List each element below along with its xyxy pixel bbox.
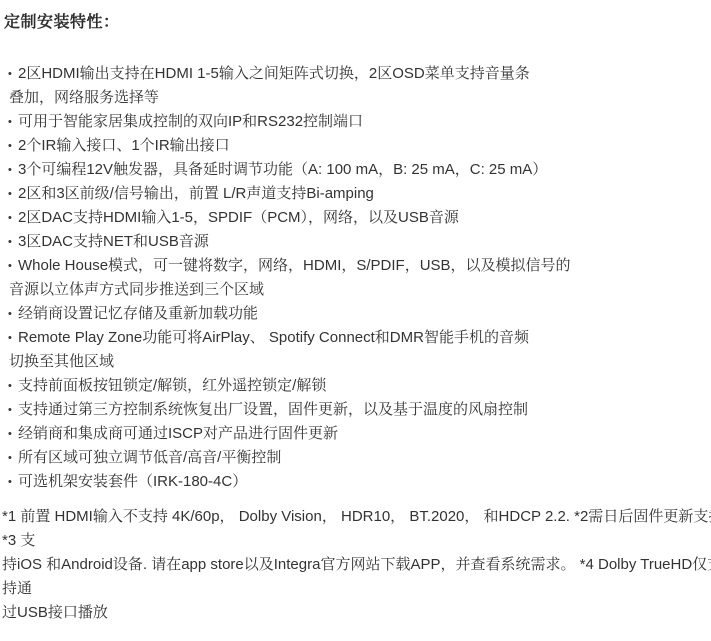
feature-list: •2区HDMI输出支持在HDMI 1-5输入之间矩阵式切换，2区OSD菜单支持音…: [0, 62, 711, 494]
footnote-text: *1 前置 HDMI输入不支持 4K/60p， Dolby Vision， HD…: [2, 508, 711, 525]
feature-line: •Remote Play Zone功能可将AirPlay、 Spotify Co…: [0, 326, 711, 350]
feature-line: •支持前面板按钮锁定/解锁，红外遥控锁定/解锁: [0, 374, 711, 398]
feature-text: 音源以立体声方式同步推送到三个区域: [9, 281, 264, 298]
bullet-icon: •: [8, 206, 18, 230]
feature-line: •可用于智能家居集成控制的双向IP和RS232控制端口: [0, 110, 711, 134]
feature-line: •可选机架安装套件（IRK-180-4C）: [0, 470, 711, 494]
feature-text: Remote Play Zone功能可将AirPlay、 Spotify Con…: [18, 329, 529, 346]
feature-line: •2区HDMI输出支持在HDMI 1-5输入之间矩阵式切换，2区OSD菜单支持音…: [0, 62, 711, 86]
footnotes: *1 前置 HDMI输入不支持 4K/60p， Dolby Vision， HD…: [0, 505, 711, 625]
feature-text: 2区HDMI输出支持在HDMI 1-5输入之间矩阵式切换，2区OSD菜单支持音量…: [18, 65, 530, 82]
bullet-icon: •: [8, 398, 18, 422]
bullet-icon: •: [8, 254, 18, 278]
footnote-line: *3 支: [0, 529, 711, 553]
feature-text: 经销商设置记忆存储及重新加载功能: [18, 305, 258, 322]
bullet-icon: •: [8, 374, 18, 398]
footnote-text: 持通: [2, 580, 32, 597]
feature-text: 可选机架安装套件（IRK-180-4C）: [18, 473, 247, 490]
bullet-icon: •: [8, 470, 18, 494]
feature-line-continuation: 叠加，网络服务选择等: [0, 86, 711, 110]
feature-text: 3个可编程12V触发器，具备延时调节功能（A: 100 mA，B: 25 mA，…: [18, 161, 547, 178]
feature-text: 2区DAC支持HDMI输入1-5，SPDIF（PCM），网络，以及USB音源: [18, 209, 459, 226]
feature-text: 所有区域可独立调节低音/高音/平衡控制: [18, 449, 281, 466]
bullet-icon: •: [8, 302, 18, 326]
feature-text: 2个IR输入接口、1个IR输出接口: [18, 137, 230, 154]
feature-text: 可用于智能家居集成控制的双向IP和RS232控制端口: [18, 113, 363, 130]
feature-text: 叠加，网络服务选择等: [9, 89, 159, 106]
feature-line-continuation: 切换至其他区域: [0, 350, 711, 374]
bullet-icon: •: [8, 230, 18, 254]
bullet-icon: •: [8, 182, 18, 206]
footnote-text: *3 支: [2, 532, 35, 549]
feature-text: 经销商和集成商可通过ISCP对产品进行固件更新: [18, 425, 338, 442]
footnote-text: 过USB接口播放: [2, 604, 108, 621]
footnote-line: 持iOS 和Android设备. 请在app store以及Integra官方网…: [0, 553, 711, 577]
feature-line: •Whole House模式，可一键将数字，网络，HDMI，S/PDIF，USB…: [0, 254, 711, 278]
feature-line: •2个IR输入接口、1个IR输出接口: [0, 134, 711, 158]
footnote-line: *1 前置 HDMI输入不支持 4K/60p， Dolby Vision， HD…: [0, 505, 711, 529]
feature-line: •3区DAC支持NET和USB音源: [0, 230, 711, 254]
spec-page: 定制安装特性： •2区HDMI输出支持在HDMI 1-5输入之间矩阵式切换，2区…: [0, 0, 711, 641]
feature-line: •支持通过第三方控制系统恢复出厂设置，固件更新，以及基于温度的风扇控制: [0, 398, 711, 422]
feature-text: 切换至其他区域: [9, 353, 114, 370]
feature-line: •2区和3区前级/信号输出，前置 L/R声道支持Bi-amping: [0, 182, 711, 206]
bullet-icon: •: [8, 134, 18, 158]
bullet-icon: •: [8, 62, 18, 86]
feature-line: •2区DAC支持HDMI输入1-5，SPDIF（PCM），网络，以及USB音源: [0, 206, 711, 230]
feature-text: Whole House模式，可一键将数字，网络，HDMI，S/PDIF，USB，…: [18, 257, 571, 274]
feature-text: 3区DAC支持NET和USB音源: [18, 233, 209, 250]
footnote-text: 持iOS 和Android设备. 请在app store以及Integra官方网…: [2, 556, 711, 573]
feature-line: •经销商设置记忆存储及重新加载功能: [0, 302, 711, 326]
feature-text: 支持前面板按钮锁定/解锁，红外遥控锁定/解锁: [18, 377, 326, 394]
bullet-icon: •: [8, 446, 18, 470]
bullet-icon: •: [8, 326, 18, 350]
feature-line: •经销商和集成商可通过ISCP对产品进行固件更新: [0, 422, 711, 446]
feature-line: •所有区域可独立调节低音/高音/平衡控制: [0, 446, 711, 470]
bullet-icon: •: [8, 158, 18, 182]
bullet-icon: •: [8, 110, 18, 134]
bullet-icon: •: [8, 422, 18, 446]
footnote-line: 过USB接口播放: [0, 601, 711, 625]
footnote-line: 持通: [0, 577, 711, 601]
feature-line: •3个可编程12V触发器，具备延时调节功能（A: 100 mA，B: 25 mA…: [0, 158, 711, 182]
page-title: 定制安装特性：: [0, 0, 711, 32]
feature-line-continuation: 音源以立体声方式同步推送到三个区域: [0, 278, 711, 302]
feature-text: 支持通过第三方控制系统恢复出厂设置，固件更新，以及基于温度的风扇控制: [18, 401, 528, 418]
feature-text: 2区和3区前级/信号输出，前置 L/R声道支持Bi-amping: [18, 185, 374, 202]
